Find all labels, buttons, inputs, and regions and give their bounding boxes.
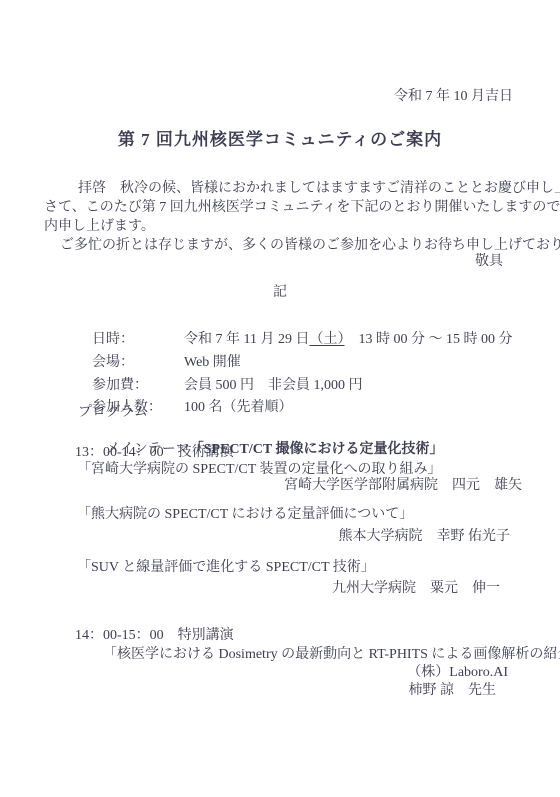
greeting-line-4: ご多忙の折とは存じますが、多くの皆様のご参加を心よりお待ち申し上げております。 xyxy=(60,237,560,254)
talk1-title: 「宮崎大学病院の SPECT/CT 装置の定量化への取り組み」 xyxy=(77,461,560,478)
record-mark: 記 xyxy=(0,284,560,301)
talk4-affiliation: （株）Laboro.AI xyxy=(407,664,508,681)
document-title: 第 7 回九州核医学コミュニティのご案内 xyxy=(0,131,560,148)
talk4-title: 「核医学における Dosimetry の最新動向と RT-PHITS による画像… xyxy=(103,646,560,663)
document-page: 令和 7 年 10 月吉日 第 7 回九州核医学コミュニティのご案内 拝啓 秋冷… xyxy=(0,0,560,797)
talk2-title: 「熊大病院の SPECT/CT における定量評価について」 xyxy=(77,506,560,523)
talk3-speaker: 九州大学病院 粟元 伸一 xyxy=(332,580,500,597)
greeting-line-1: 拝啓 秋冷の候、皆様におかれましてはますますご清祥のこととお慶び申し上げます。 xyxy=(78,180,560,197)
program-heading: プログラム xyxy=(78,404,560,421)
talk2-speaker: 熊本大学病院 幸野 佑光子 xyxy=(339,528,511,545)
talk1-speaker: 宮崎大学医学部附属病院 四元 雄矢 xyxy=(284,477,522,494)
greeting-line-2: さて、このたび第 7 回九州核医学コミュニティを下記のとおり開催いたしますので、… xyxy=(44,199,560,216)
greeting-line-3: 内申し上げます。 xyxy=(44,218,560,235)
session1-time: 13：00-14：00 技術講演 xyxy=(75,444,560,461)
talk4-speaker: 柿野 諒 先生 xyxy=(409,682,497,699)
document-date: 令和 7 年 10 月吉日 xyxy=(394,88,513,105)
talk3-title: 「SUV と線量評価で進化する SPECT/CT 技術」 xyxy=(77,559,560,576)
session2-time: 14：00-15：00 特別講演 xyxy=(75,627,560,644)
closing-word: 敬具 xyxy=(475,253,503,270)
